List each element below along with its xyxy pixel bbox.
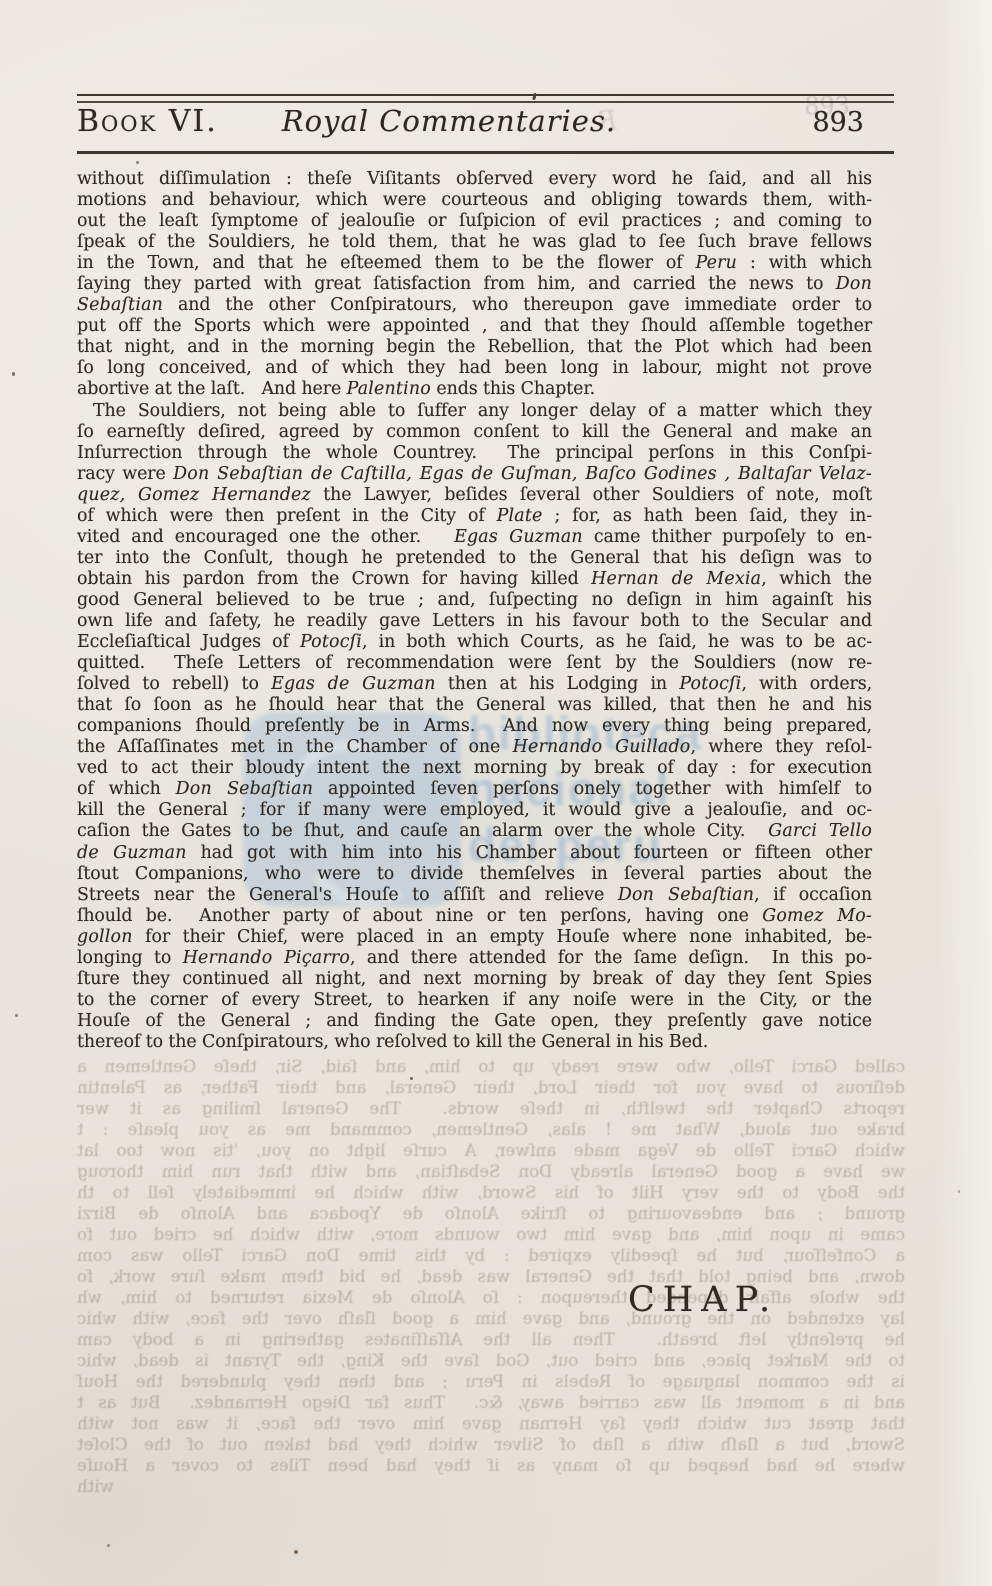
text-line: ſo long conceived, and of which they had…: [77, 358, 872, 379]
header-rule-top-inner: [77, 101, 894, 103]
book-page-scan: biblioteca nacional del peru called Garc…: [0, 0, 992, 1586]
bleedthrough-line: with: [77, 1476, 905, 1497]
header-rule-bottom: [77, 151, 894, 154]
bleedthrough-line: the whole affair depended thereupon : ſo…: [77, 1287, 905, 1308]
text-line: thereof to the Conſpiratours, who reſolv…: [77, 1032, 872, 1053]
bleedthrough-line: ground ; and endeavouring to ſtrike Alon…: [77, 1203, 905, 1224]
bleedthrough-line: reports Chapter the twelfth, in theſe wo…: [77, 1098, 905, 1119]
bleedthrough-line: a Confeſſour, but he ſpeedily expired : …: [77, 1245, 905, 1266]
paper-speck: [136, 161, 139, 164]
bleedthrough-line: which Garci Tello de Vega made anſwer, A…: [77, 1140, 905, 1161]
text-line: that night, and in the morning begin the…: [77, 337, 872, 358]
paper-speck: [12, 372, 15, 376]
bleedthrough-line: to the Market place, and cried out, God …: [77, 1350, 905, 1371]
text-line: Inſurrection through the whole Countrey.…: [77, 443, 872, 464]
paper-speck: [15, 1014, 18, 1017]
bleedthrough-line: where he had heaped up ſo many as if the…: [77, 1455, 905, 1476]
text-line: obtain his pardon from the Crown for hav…: [77, 569, 872, 590]
text-line: companions ſhould preſently be in Arms. …: [77, 716, 872, 737]
text-line: longing to Hernando Piçarro, and there a…: [77, 948, 872, 969]
text-line: quez, Gomez Hernandez the Lawyer, beſide…: [77, 485, 872, 506]
text-line: de Guzman had got with him into his Cham…: [77, 843, 872, 864]
text-line: gollon for their Chief, were placed in a…: [77, 927, 872, 948]
text-line: of which were then preſent in the City o…: [77, 506, 872, 527]
bleedthrough-text: called Garci Tello, who were ready up to…: [77, 1056, 905, 1497]
text-line: ſtout Companions, who were to divide the…: [77, 864, 872, 885]
text-line: motions and behaviour, which were courte…: [77, 190, 872, 211]
bleedthrough-line: he preſently left breath. Then all the A…: [77, 1329, 905, 1350]
book-label: Book VI.: [77, 104, 218, 139]
text-line: without diſſimulation : theſe Viſitants …: [77, 169, 872, 190]
bleedthrough-line: Sword, but a ſlaſh with a ſlab of Silver…: [77, 1434, 905, 1455]
text-line: racy were Don Sebaſtian de Caſtilla, Ega…: [77, 464, 872, 485]
bleedthrough-line: called Garci Tello, who were ready up to…: [77, 1056, 905, 1077]
text-line: ſolved to rebell) to Egas de Guzman then…: [77, 674, 872, 695]
catchword: CHAP.: [628, 1280, 778, 1320]
paper-speck: [107, 1544, 110, 1547]
text-line: ſpeak of the Souldiers, he told them, th…: [77, 232, 872, 253]
text-line: of which Don Sebaſtian appointed ſeven p…: [77, 779, 872, 800]
paper-speck: [410, 1077, 413, 1080]
text-line: abortive at the laſt. And here Palentino…: [77, 379, 872, 400]
text-line: Eccleſiaſtical Judges of Potocſi, in bot…: [77, 632, 872, 653]
text-line: to the corner of every Street, to hearke…: [77, 990, 872, 1011]
text-line: Streets near the General's Houſe to aſſi…: [77, 885, 872, 906]
running-title-bleedthrough: R: [597, 106, 617, 136]
text-line: ſo earneſtly deſired, agreed by common c…: [77, 422, 872, 443]
running-title: Royal Commentaries.: [282, 104, 616, 138]
text-line: own life and ſafety, he readily gave Let…: [77, 611, 872, 632]
text-line: ſture they continued all night, and next…: [77, 969, 872, 990]
text-line: out the leaſt ſymptome of jealouſie or ſ…: [77, 211, 872, 232]
text-line: that ſo ſoon as he ſhould hear that the …: [77, 695, 872, 716]
running-head: Book VI. Royal Commentaries. R 893 893: [77, 104, 894, 139]
text-line: quitted. Theſe Letters of recommendation…: [77, 653, 872, 674]
text-line: ter into the Conſult, though he pretende…: [77, 548, 872, 569]
bleedthrough-line: brake out aloud, What me ! alas, Gentlem…: [77, 1119, 905, 1140]
text-line: Houſe of the General ; and finding the G…: [77, 1011, 872, 1032]
bleedthrough-line: lay extended on the ground, and gave him…: [77, 1308, 905, 1329]
paper-speck: [294, 1550, 298, 1554]
bleedthrough-line: that great cut which they ſay Hernan gav…: [77, 1413, 905, 1434]
paper-speck: [532, 93, 537, 101]
text-line: ved to act their bloudy intent the next …: [77, 758, 872, 779]
bleedthrough-line: and in a moment all was carried away, &c…: [77, 1392, 905, 1413]
paper-speck: [958, 1190, 960, 1193]
bleedthrough-line: we have a good General already Don Sebaſ…: [77, 1161, 905, 1182]
page-number-ghost: 893: [804, 92, 850, 120]
bleedthrough-line: is the common language of Rebels in Peru…: [77, 1371, 905, 1392]
text-line: the Aſſaſſinates met in the Chamber of o…: [77, 737, 872, 758]
text-line: The Souldiers, not being able to ſuffer …: [77, 401, 872, 422]
text-line: caſion the Gates to be ſhut, and cauſe a…: [77, 821, 872, 842]
text-line: good General believed to be true ; and, …: [77, 590, 872, 611]
text-line: in the Town, and that he eſteemed them t…: [77, 253, 872, 274]
header-rule-top-outer: [77, 94, 894, 96]
bleedthrough-line: the Body to the very Hilt of his Sword, …: [77, 1182, 905, 1203]
text-line: kill the General ; for if many were empl…: [77, 800, 872, 821]
text-line: ſhould be. Another party of about nine o…: [77, 906, 872, 927]
body-text: without diſſimulation : theſe Viſitants …: [77, 169, 872, 1053]
page-edge-highlight: [934, 0, 992, 1586]
text-line: ſaying they parted with great ſatisfacti…: [77, 274, 872, 295]
bleedthrough-line: came in upon him, and gave him two wound…: [77, 1224, 905, 1245]
text-line: Sebaſtian and the other Conſpiratours, w…: [77, 295, 872, 316]
bleedthrough-line: deſirous to have you for their Lord, the…: [77, 1077, 905, 1098]
text-line: put off the Sports which were appointed …: [77, 316, 872, 337]
bleedthrough-line: down, and being told that the General wa…: [77, 1266, 905, 1287]
text-line: vited and encouraged one the other. Egas…: [77, 527, 872, 548]
